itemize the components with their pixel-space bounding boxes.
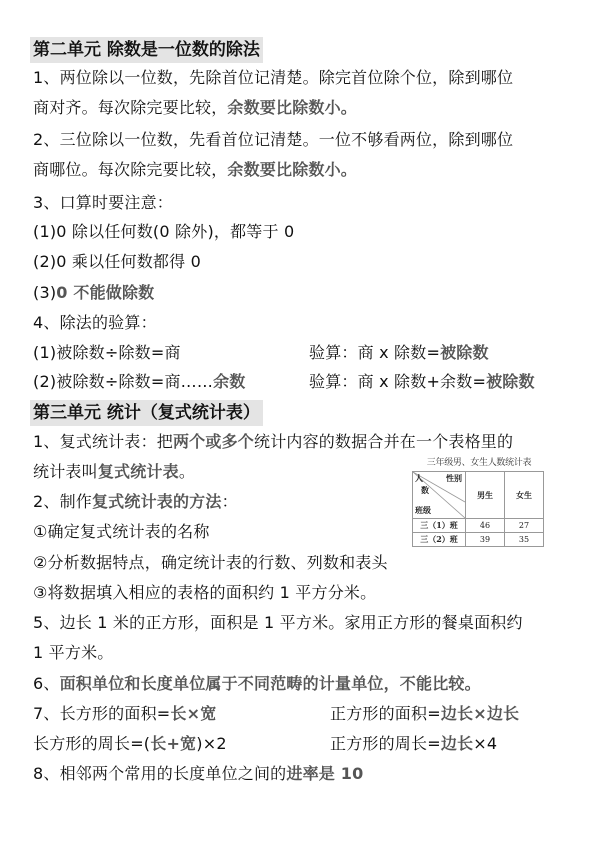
- text: 统计表叫: [33, 462, 98, 481]
- corner-label-ren: 人: [415, 473, 423, 484]
- unit3-p5-line1: 5、边长 1 米的正方形，面积是 1 平方米。家用正方形的餐桌面积约: [33, 613, 523, 633]
- unit3-p7-row2-right: 正方形的周长=边长×4: [330, 734, 497, 754]
- text: (3): [33, 283, 56, 302]
- text: 7、长方形的面积=: [33, 704, 170, 723]
- stat-col-header: 女生: [505, 472, 544, 519]
- unit2-p3-title: 3、口算时要注意：: [33, 193, 173, 213]
- highlight-text: 进率是 10: [286, 764, 363, 783]
- unit2-heading: 第二单元 除数是一位数的除法: [30, 37, 263, 63]
- text: (2)被除数÷除数=商……: [33, 372, 213, 391]
- unit2-p4-row1-left: (1)被除数÷除数=商: [33, 343, 181, 363]
- stat-col-header: 男生: [466, 472, 505, 519]
- unit2-p3-item3: (3)0 不能做除数: [33, 283, 154, 303]
- highlight-text: 被除数: [440, 343, 489, 362]
- text: 8、相邻两个常用的长度单位之间的: [33, 764, 286, 783]
- highlight-text: 边长×边长: [441, 704, 519, 723]
- highlight-text: 长+宽: [150, 734, 196, 753]
- stat-table: 人 性别 数 班级 男生 女生 三（1）班 46 27 三（2）班 39 35: [412, 471, 544, 547]
- highlight-text: 复式统计表的方法: [92, 492, 222, 511]
- stat-cell: 35: [505, 533, 544, 547]
- unit3-step-3: ③将数据填入相应的表格的面积约 1 平方分米。: [33, 583, 376, 603]
- stat-cell: 39: [466, 533, 505, 547]
- unit2-p1-line2: 商对齐。每次除完要比较，余数要比除数小。: [33, 98, 357, 118]
- highlight-text: 复式统计表: [98, 462, 179, 481]
- unit2-p3-item2: (2)0 乘以任何数都得 0: [33, 252, 201, 272]
- stat-cell: 27: [505, 519, 544, 533]
- text: 正方形的面积=: [330, 704, 441, 723]
- stat-row-label: 三（1）班: [413, 519, 466, 533]
- unit3-p2: 2、制作复式统计表的方法：: [33, 492, 238, 512]
- stat-table-corner: 人 性别 数 班级: [413, 472, 466, 519]
- text: 2、制作: [33, 492, 92, 511]
- text: 6、: [33, 674, 60, 693]
- highlight-text: 余数: [213, 372, 245, 391]
- unit3-p7-row1-right: 正方形的面积=边长×边长: [330, 704, 519, 724]
- unit3-p1-line2: 统计表叫复式统计表。: [33, 462, 195, 482]
- stat-cell: 46: [466, 519, 505, 533]
- stat-row-label: 三（2）班: [413, 533, 466, 547]
- corner-label-gender: 性别: [446, 473, 462, 484]
- unit2-p4-title: 4、除法的验算：: [33, 313, 157, 333]
- unit3-p7-row1-left: 7、长方形的面积=长×宽: [33, 704, 216, 724]
- text: 验算：商 x 除数+余数=: [309, 372, 486, 391]
- text: 正方形的周长=: [330, 734, 441, 753]
- highlight-text: 面积单位和长度单位属于不同范畴的计量单位，不能比较。: [60, 674, 481, 693]
- unit2-p3-item1: (1)0 除以任何数(0 除外)，都等于 0: [33, 222, 294, 242]
- unit3-p7-row2-left: 长方形的周长=(长+宽)×2: [33, 734, 227, 754]
- text: 商哪位。每次除完要比较，: [33, 160, 227, 179]
- unit3-p5-line2: 1 平方米。: [33, 643, 113, 663]
- text: 。: [179, 462, 195, 481]
- table-row: 三（2）班 39 35: [413, 533, 544, 547]
- corner-label-shu: 数: [421, 485, 429, 496]
- highlight-text: 余数要比除数小。: [227, 160, 357, 179]
- unit3-p1-line1: 1、复式统计表：把两个或多个统计内容的数据合并在一个表格里的: [33, 432, 513, 452]
- text: 长方形的周长=(: [33, 734, 150, 753]
- highlight-text: 两个或多个: [173, 432, 254, 451]
- text: 商对齐。每次除完要比较，: [33, 98, 227, 117]
- text: )×2: [196, 734, 226, 753]
- table-row: 三（1）班 46 27: [413, 519, 544, 533]
- unit2-p4-row1-right: 验算：商 x 除数=被除数: [309, 343, 489, 363]
- unit2-p4-row2-left: (2)被除数÷除数=商……余数: [33, 372, 245, 392]
- unit2-p4-row2-right: 验算：商 x 除数+余数=被除数: [309, 372, 535, 392]
- unit2-p2-line1: 2、三位除以一位数，先看首位记清楚。一位不够看两位，除到哪位: [33, 130, 513, 150]
- text: ：: [222, 492, 238, 511]
- unit3-step-1: ①确定复式统计表的名称: [33, 522, 210, 542]
- unit3-p6: 6、面积单位和长度单位属于不同范畴的计量单位，不能比较。: [33, 674, 481, 694]
- text: 1、复式统计表：把: [33, 432, 173, 451]
- highlight-text: 余数要比除数小。: [227, 98, 357, 117]
- text: ×4: [473, 734, 497, 753]
- unit2-p2-line2: 商哪位。每次除完要比较，余数要比除数小。: [33, 160, 357, 180]
- corner-label-class: 班级: [415, 505, 431, 516]
- text: 统计内容的数据合并在一个表格里的: [254, 432, 513, 451]
- unit3-heading: 第三单元 统计（复式统计表）: [30, 400, 263, 426]
- stat-table-figure: 三年级男、女生人数统计表 人 性别 数 班级 男生 女生 三（1）班 46 27…: [412, 458, 546, 547]
- highlight-text: 被除数: [486, 372, 535, 391]
- highlight-text: 长×宽: [170, 704, 216, 723]
- unit2-p1-line1: 1、两位除以一位数，先除首位记清楚。除完首位除个位，除到哪位: [33, 68, 513, 88]
- highlight-text: 边长: [441, 734, 473, 753]
- text: 验算：商 x 除数=: [309, 343, 440, 362]
- unit3-step-2: ②分析数据特点，确定统计表的行数、列数和表头: [33, 553, 388, 573]
- highlight-text: 0 不能做除数: [56, 283, 154, 302]
- unit3-p8: 8、相邻两个常用的长度单位之间的进率是 10: [33, 764, 363, 784]
- stat-table-title: 三年级男、女生人数统计表: [412, 458, 546, 469]
